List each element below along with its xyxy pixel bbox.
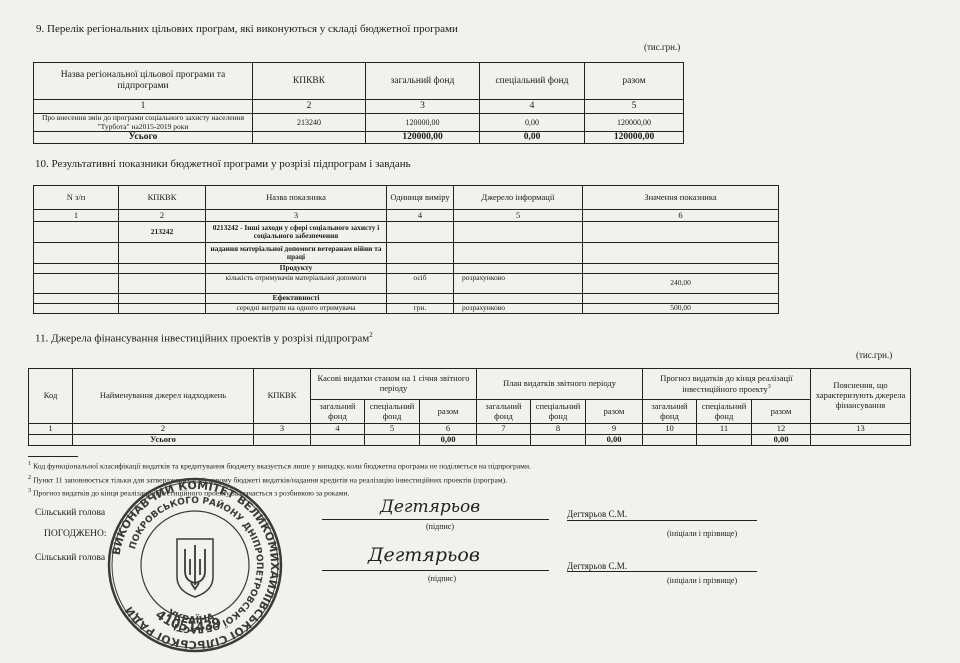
header-kpkvk: КПКВК	[119, 186, 206, 210]
header-general-fund: загальний фонд	[477, 400, 531, 424]
col-number: 8	[531, 424, 586, 435]
indicator-unit: осіб	[387, 274, 454, 294]
header-general-fund: загальний фонд	[311, 400, 365, 424]
name-caption-1: (ініціали і прізвище)	[667, 529, 737, 538]
header-special-fund: спеціальний фонд	[480, 63, 585, 100]
col-number: 1	[34, 210, 119, 222]
col-number: 1	[29, 424, 73, 435]
col-number: 9	[586, 424, 643, 435]
header-total: разом	[752, 400, 811, 424]
header-forecast: Прогноз видатків до кінця реалізації інв…	[643, 369, 811, 400]
col-number: 2	[253, 100, 366, 114]
indicator-source: розрахунково	[454, 274, 583, 294]
indicator-unit: грн.	[387, 304, 454, 314]
indicator-kpkvk: 213242	[119, 222, 206, 243]
total-kpkvk	[253, 132, 366, 144]
header-kpkvk: КПКВК	[253, 63, 366, 100]
total-label: Усього	[73, 435, 254, 446]
total-row: Усього 120000,00 0,00 120000,00	[34, 132, 684, 144]
header-total: разом	[420, 400, 477, 424]
section-11-unit: (тис.грн.)	[856, 350, 892, 360]
investment-sources-table: Код Найменування джерел надходжень КПКВК…	[28, 368, 911, 446]
table-row: середні витрати на одного отримувача грн…	[34, 304, 779, 314]
plan-total: 0,00	[586, 435, 643, 446]
indicator-name: середні витрати на одного отримувача	[206, 304, 387, 314]
col-number: 2	[119, 210, 206, 222]
signature-2: Дегтярьов	[368, 544, 480, 566]
total-label: Усього	[34, 132, 253, 144]
section-11-title: 11. Джерела фінансування інвестиційних п…	[35, 331, 373, 345]
header-special-fund: спеціальний фонд	[697, 400, 752, 424]
total-special: 0,00	[480, 132, 585, 144]
cash-total: 0,00	[420, 435, 477, 446]
signer-name-1: Дегтярьов С.М.	[567, 509, 627, 519]
signer-role-2: Сільський голова	[35, 553, 105, 563]
group-label-efficiency: Ефективності	[206, 294, 387, 304]
col-number: 4	[387, 210, 454, 222]
total-row: Усього 0,00 0,00 0,00	[29, 435, 911, 446]
col-number: 10	[643, 424, 697, 435]
header-program-name: Назва регіональної цільової програми та …	[34, 63, 253, 100]
col-number: 12	[752, 424, 811, 435]
col-number: 3	[206, 210, 387, 222]
forecast-total: 0,00	[752, 435, 811, 446]
header-number: N з/п	[34, 186, 119, 210]
col-number: 6	[583, 210, 779, 222]
header-unit: Одиниця виміру	[387, 186, 454, 210]
table-row: Про внесення змін до програми соціальног…	[34, 114, 684, 132]
indicator-value: 500,00	[583, 304, 779, 314]
program-special: 0,00	[480, 114, 585, 132]
group-label-product: Продукту	[206, 264, 387, 274]
header-general-fund: загальний фонд	[643, 400, 697, 424]
header-kpkvk: КПКВК	[254, 369, 311, 424]
name-caption-2: (ініціали і прізвище)	[667, 576, 737, 585]
header-total: разом	[585, 63, 684, 100]
indicator-name: кількість отримувачів матеріальної допом…	[206, 274, 387, 294]
indicator-value: 240,00	[583, 274, 779, 294]
header-plan: План видатків звітного періоду	[477, 369, 643, 400]
header-special-fund: спеціальний фонд	[365, 400, 420, 424]
official-stamp: ВИКОНАВЧИЙ КОМІТЕТ ВЕЛИКОМИХАЙЛІВСЬКОЇ С…	[107, 477, 283, 653]
footnote-1: 1 Код функціональної класифікації видатк…	[28, 458, 728, 472]
coat-of-arms-icon	[177, 539, 213, 597]
name-line-1	[567, 520, 757, 521]
signature-line-1	[322, 519, 549, 520]
regional-programs-table: Назва регіональної цільової програми та …	[33, 62, 684, 144]
approved-label: ПОГОДЖЕНО:	[44, 529, 107, 539]
stamp-inner-text: ПОКРОВСЬКОГО РАЙОНУ ДНІПРОПЕТРОВСЬКОЇ ОБ…	[128, 496, 264, 634]
task-name: надання матеріальної допомоги ветеранам …	[206, 243, 387, 264]
col-number: 3	[366, 100, 480, 114]
indicator-source: розрахунково	[454, 304, 583, 314]
header-special-fund: спеціальний фонд	[531, 400, 586, 424]
program-total: 120000,00	[585, 114, 684, 132]
program-name: Про внесення змін до програми соціальног…	[34, 114, 253, 132]
performance-indicators-table: N з/п КПКВК Назва показника Одиниця вимі…	[33, 185, 779, 314]
section-9-title: 9. Перелік регіональних цільових програм…	[36, 23, 458, 35]
section-10-title: 10. Результативні показники бюджетної пр…	[35, 158, 411, 170]
col-number: 13	[811, 424, 911, 435]
header-value: Значення показника	[583, 186, 779, 210]
header-code: Код	[29, 369, 73, 424]
header-general-fund: загальний фонд	[366, 63, 480, 100]
total-sum: 120000,00	[585, 132, 684, 144]
signer-role-1: Сільський голова	[35, 508, 105, 518]
name-line-2	[567, 571, 757, 572]
subprogram-name: 0213242 - Інші заходи у сфері соціальног…	[206, 222, 387, 243]
col-number: 2	[73, 424, 254, 435]
col-number: 4	[311, 424, 365, 435]
section-9-unit: (тис.грн.)	[644, 42, 680, 52]
col-number: 4	[480, 100, 585, 114]
col-number: 5	[454, 210, 583, 222]
col-number: 3	[254, 424, 311, 435]
col-number: 1	[34, 100, 253, 114]
total-general: 120000,00	[366, 132, 480, 144]
footnote-divider	[28, 456, 78, 457]
header-explanation: Пояснення, що характеризують джерела фін…	[811, 369, 911, 424]
signer-name-2: Дегтярьов С.М.	[567, 561, 627, 571]
col-number: 7	[477, 424, 531, 435]
col-number: 5	[365, 424, 420, 435]
program-kpkvk: 213240	[253, 114, 366, 132]
signature-caption-1: (підпис)	[426, 522, 454, 531]
signature-caption-2: (підпис)	[428, 574, 456, 583]
header-source-name: Найменування джерел надходжень	[73, 369, 254, 424]
header-source: Джерело інформації	[454, 186, 583, 210]
signature-1: Дегтярьов	[380, 497, 480, 517]
header-indicator-name: Назва показника	[206, 186, 387, 210]
header-total: разом	[586, 400, 643, 424]
col-number: 11	[697, 424, 752, 435]
table-row: кількість отримувачів матеріальної допом…	[34, 274, 779, 294]
header-cash-expenses: Касові видатки станом на 1 січня звітног…	[311, 369, 477, 400]
program-general: 120000,00	[366, 114, 480, 132]
col-number: 5	[585, 100, 684, 114]
signature-line-2	[322, 570, 549, 571]
col-number: 6	[420, 424, 477, 435]
